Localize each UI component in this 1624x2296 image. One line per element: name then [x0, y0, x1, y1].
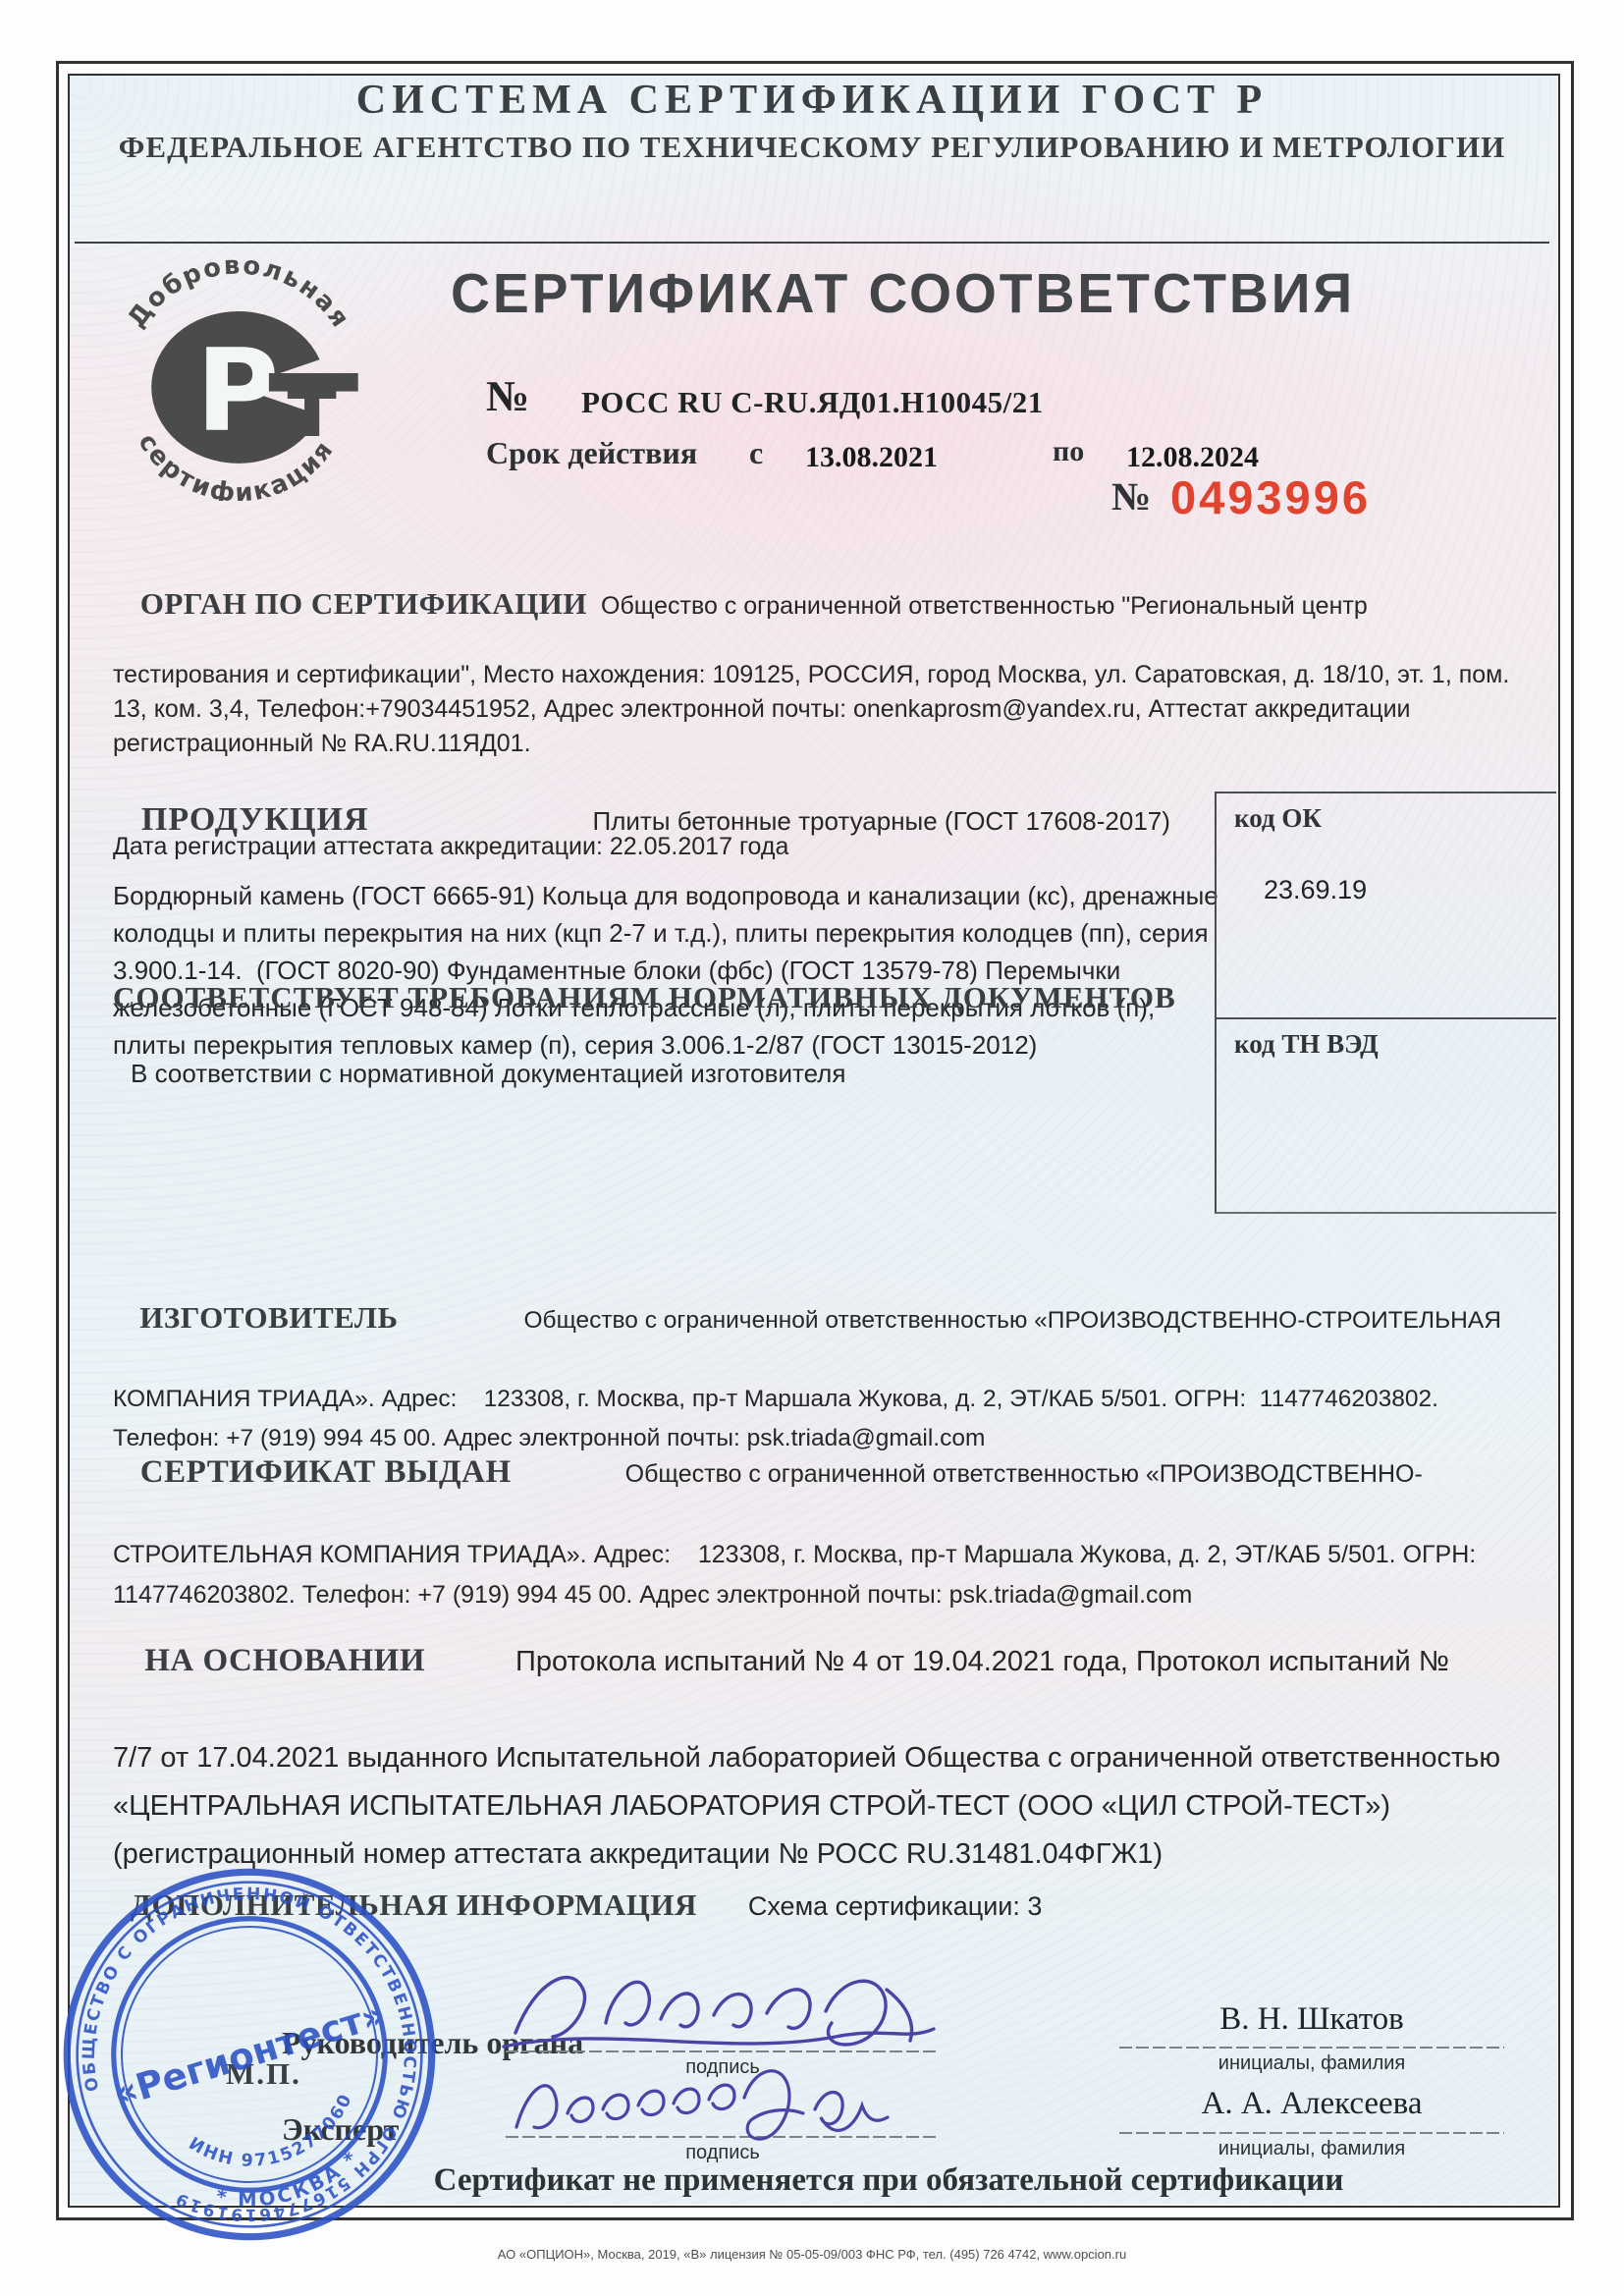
section-heading-basis: НА ОСНОВАНИИ [144, 1643, 425, 1678]
director-name: В. Н. Шкатов [1119, 2001, 1504, 2038]
validity-from-preposition: с [749, 435, 763, 471]
rst-voluntary-certification-logo-icon: Добровольная Р т сертификация [98, 247, 383, 501]
basis-lead-text: Протокола испытаний № 4 от 19.04.2021 го… [515, 1646, 1449, 1677]
production-body-text: Бордюрный камень (ГОСТ 6665-91) Кольца д… [113, 877, 1224, 1064]
production-lead-text: Плиты бетонные тротуарные (ГОСТ 17608-20… [593, 806, 1170, 836]
document-title: СЕРТИФИКАТ СООТВЕТСТВИЯ [412, 261, 1393, 326]
blank-serial-number: 0493996 [1170, 470, 1371, 524]
code-tn-ved-box: код ТН ВЭД [1215, 1017, 1556, 1214]
director-name-line [1119, 2047, 1504, 2049]
code-ok-box: код ОК 23.69.19 [1215, 792, 1556, 1019]
validity-to-preposition: по [1053, 435, 1084, 468]
organ-lead-text: Общество с ограниченной ответственностью… [601, 592, 1368, 620]
section-heading-issued-to: СЕРТИФИКАТ ВЫДАН [140, 1454, 512, 1490]
blank-serial-sign: № [1111, 473, 1151, 519]
section-heading-conformity: СООТВЕТСТВУЕТ ТРЕБОВАНИЯМ НОРМАТИВНЫХ ДО… [113, 980, 1222, 1015]
section-heading-production: ПРОДУКЦИЯ [141, 801, 369, 838]
printer-imprint: АО «ОПЦИОН», Москва, 2019, «В» лицензия … [0, 2247, 1624, 2262]
director-signature [496, 1954, 947, 2060]
cert-number-sign: № [486, 371, 529, 421]
validity-to-date: 12.08.2024 [1126, 441, 1259, 474]
header-divider [75, 242, 1549, 244]
logo-letter-r: Р [196, 326, 280, 458]
code-ok-label: код ОК [1234, 803, 1556, 834]
regiontest-stamp: ОБЩЕСТВО С ОГРАНИЧЕННОЙ ОТВЕТСТВЕННОСТЬЮ… [57, 1862, 442, 2247]
certification-scheme-value: Схема сертификации: 3 [748, 1891, 1043, 1921]
basis-body-text: 7/7 от 17.04.2021 выданного Испытательно… [113, 1734, 1533, 1879]
expert-name-line [1119, 2132, 1504, 2134]
code-tn-ved-label: код ТН ВЭД [1234, 1029, 1556, 1060]
expert-signature [503, 2052, 954, 2146]
expert-name: А. А. Алексеева [1119, 2086, 1504, 2122]
certificate-page: СИСТЕМА СЕРТИФИКАЦИИ ГОСТ Р ФЕДЕРАЛЬНОЕ … [0, 0, 1624, 2296]
expert-name-caption: инициалы, фамилия [1119, 2138, 1504, 2160]
issued-to-lead-text: Общество с ограниченной ответственностью… [625, 1460, 1423, 1488]
director-name-caption: инициалы, фамилия [1119, 2052, 1504, 2075]
conformity-body-text: В соответствии с нормативной документаци… [131, 1059, 1191, 1089]
validity-from-date: 13.08.2021 [805, 441, 938, 474]
manufacturer-lead-text: Общество с ограниченной ответственностью… [523, 1307, 1500, 1334]
federal-agency-title: ФЕДЕРАЛЬНОЕ АГЕНТСТВО ПО ТЕХНИЧЕСКОМУ РЕ… [0, 130, 1624, 165]
cert-number-value: РОСС RU C-RU.ЯД01.Н10045/21 [581, 385, 1044, 420]
code-ok-value: 23.69.19 [1264, 875, 1556, 905]
organ-body-text: тестирования и сертификации", Место нахо… [113, 658, 1519, 761]
certification-system-title: СИСТЕМА СЕРТИФИКАЦИИ ГОСТ Р [0, 77, 1624, 124]
section-heading-manufacturer: ИЗГОТОВИТЕЛЬ [139, 1300, 398, 1335]
validity-label: Срок действия [486, 435, 697, 471]
section-heading-organ: ОРГАН ПО СЕРТИФИКАЦИИ [140, 586, 587, 621]
